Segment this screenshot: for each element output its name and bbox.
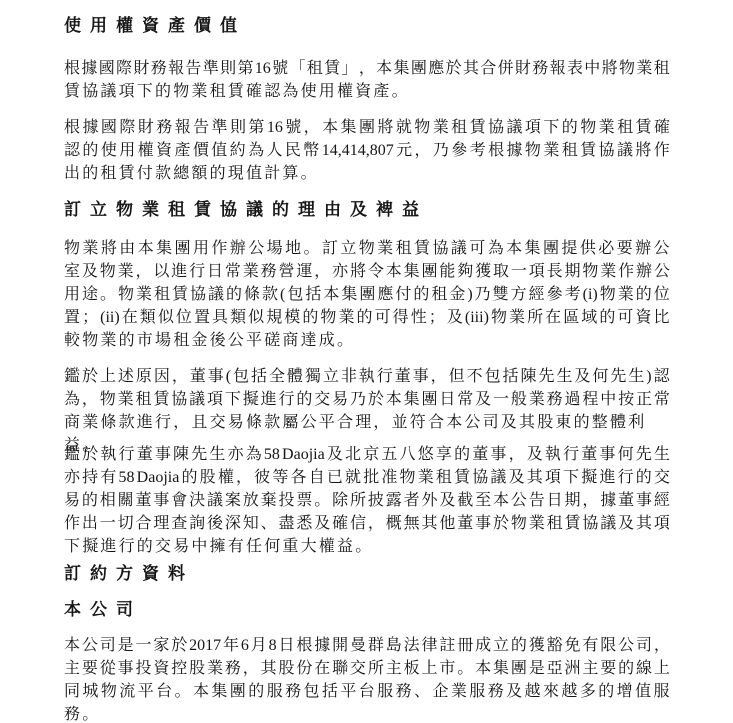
paragraph: 根據國際財務報告準則第16號，本集團將就物業租賃協議項下的物業租賃確認的使用權資… (64, 116, 670, 185)
text-line: 下擬進行的交易中擁有任何重大權益。 (64, 535, 670, 558)
text-line: 同城物流平台。本集團的服務包括平台服務、企業服務及越來越多的增值服 (64, 680, 670, 703)
paragraph: 鑑於上述原因，董事(包括全體獨立非執行董事，但不包括陳先生及何先生)認為，物業租… (64, 365, 670, 434)
text-line: 根據國際財務報告準則第16號，本集團將就物業租賃協議項下的物業租賃確 (64, 116, 670, 139)
paragraph: 物業將由本集團用作辦公場地。訂立物業租賃協議可為本集團提供必要辦公室及物業，以進… (64, 237, 670, 352)
section-heading: 訂立物業租賃協議的理由及裨益 (64, 200, 670, 220)
section-heading: 訂約方資料 (64, 564, 670, 584)
text-line: 務。 (64, 703, 670, 723)
text-line: 亦持有58Daojia的股權，彼等各自已就批准物業租賃協議及其項下擬進行的交 (64, 466, 670, 489)
document-body: 使用權資產價值根據國際財務報告準則第16號「租賃」，本集團應於其合併財務報表中將… (0, 0, 733, 723)
section-heading: 使用權資產價值 (64, 16, 670, 36)
text-line: 認的使用權資產價值約為人民幣14,414,807元，乃參考根據物業租賃協議將作 (64, 139, 670, 162)
text-line: 主要從事投資控股業務，其股份在聯交所主板上市。本集團是亞洲主要的線上 (64, 657, 670, 680)
paragraph: 本公司是一家於2017年6月8日根據開曼群島法律註冊成立的獲豁免有限公司，主要從… (64, 634, 670, 723)
paragraph: 鑑於執行董事陳先生亦為58Daojia及北京五八悠享的董事，及執行董事何先生亦持… (64, 443, 670, 558)
text-line: 為，物業租賃協議項下擬進行的交易乃於本集團日常及一般業務過程中按正常 (64, 388, 670, 411)
text-line: 易的相關董事會決議案放棄投票。除所披露者外及截至本公告日期，據董事經 (64, 489, 670, 512)
text-line: 鑑於執行董事陳先生亦為58Daojia及北京五八悠享的董事，及執行董事何先生 (64, 443, 670, 466)
text-line: 出的租賃付款總額的現值計算。 (64, 162, 670, 185)
text-line: 本公司是一家於2017年6月8日根據開曼群島法律註冊成立的獲豁免有限公司， (64, 634, 670, 657)
paragraph: 根據國際財務報告準則第16號「租賃」，本集團應於其合併財務報表中將物業租賃協議項… (64, 57, 670, 103)
text-line: 賃協議項下的物業租賃確認為使用權資產。 (64, 80, 670, 103)
text-line: 室及物業，以進行日常業務營運，亦將令本集團能夠獲取一項長期物業作辦公 (64, 260, 670, 283)
text-line: 置；(ii)在類似位置具類似規模的物業的可得性；及(iii)物業所在區域的可資比 (64, 306, 670, 329)
text-line: 鑑於上述原因，董事(包括全體獨立非執行董事，但不包括陳先生及何先生)認 (64, 365, 670, 388)
text-line: 較物業的市場租金後公平磋商達成。 (64, 329, 670, 352)
text-line: 商業條款進行，且交易條款屬公平合理，並符合本公司及其股東的整體利益。 (64, 411, 670, 434)
text-line: 作出一切合理查詢後深知、盡悉及確信，概無其他董事於物業租賃協議及其項 (64, 512, 670, 535)
text-line: 物業將由本集團用作辦公場地。訂立物業租賃協議可為本集團提供必要辦公 (64, 237, 670, 260)
sub-heading: 本公司 (64, 600, 670, 620)
text-line: 根據國際財務報告準則第16號「租賃」，本集團應於其合併財務報表中將物業租 (64, 57, 670, 80)
text-line: 用途。物業租賃協議的條款(包括本集團應付的租金)乃雙方經參考(i)物業的位 (64, 283, 670, 306)
